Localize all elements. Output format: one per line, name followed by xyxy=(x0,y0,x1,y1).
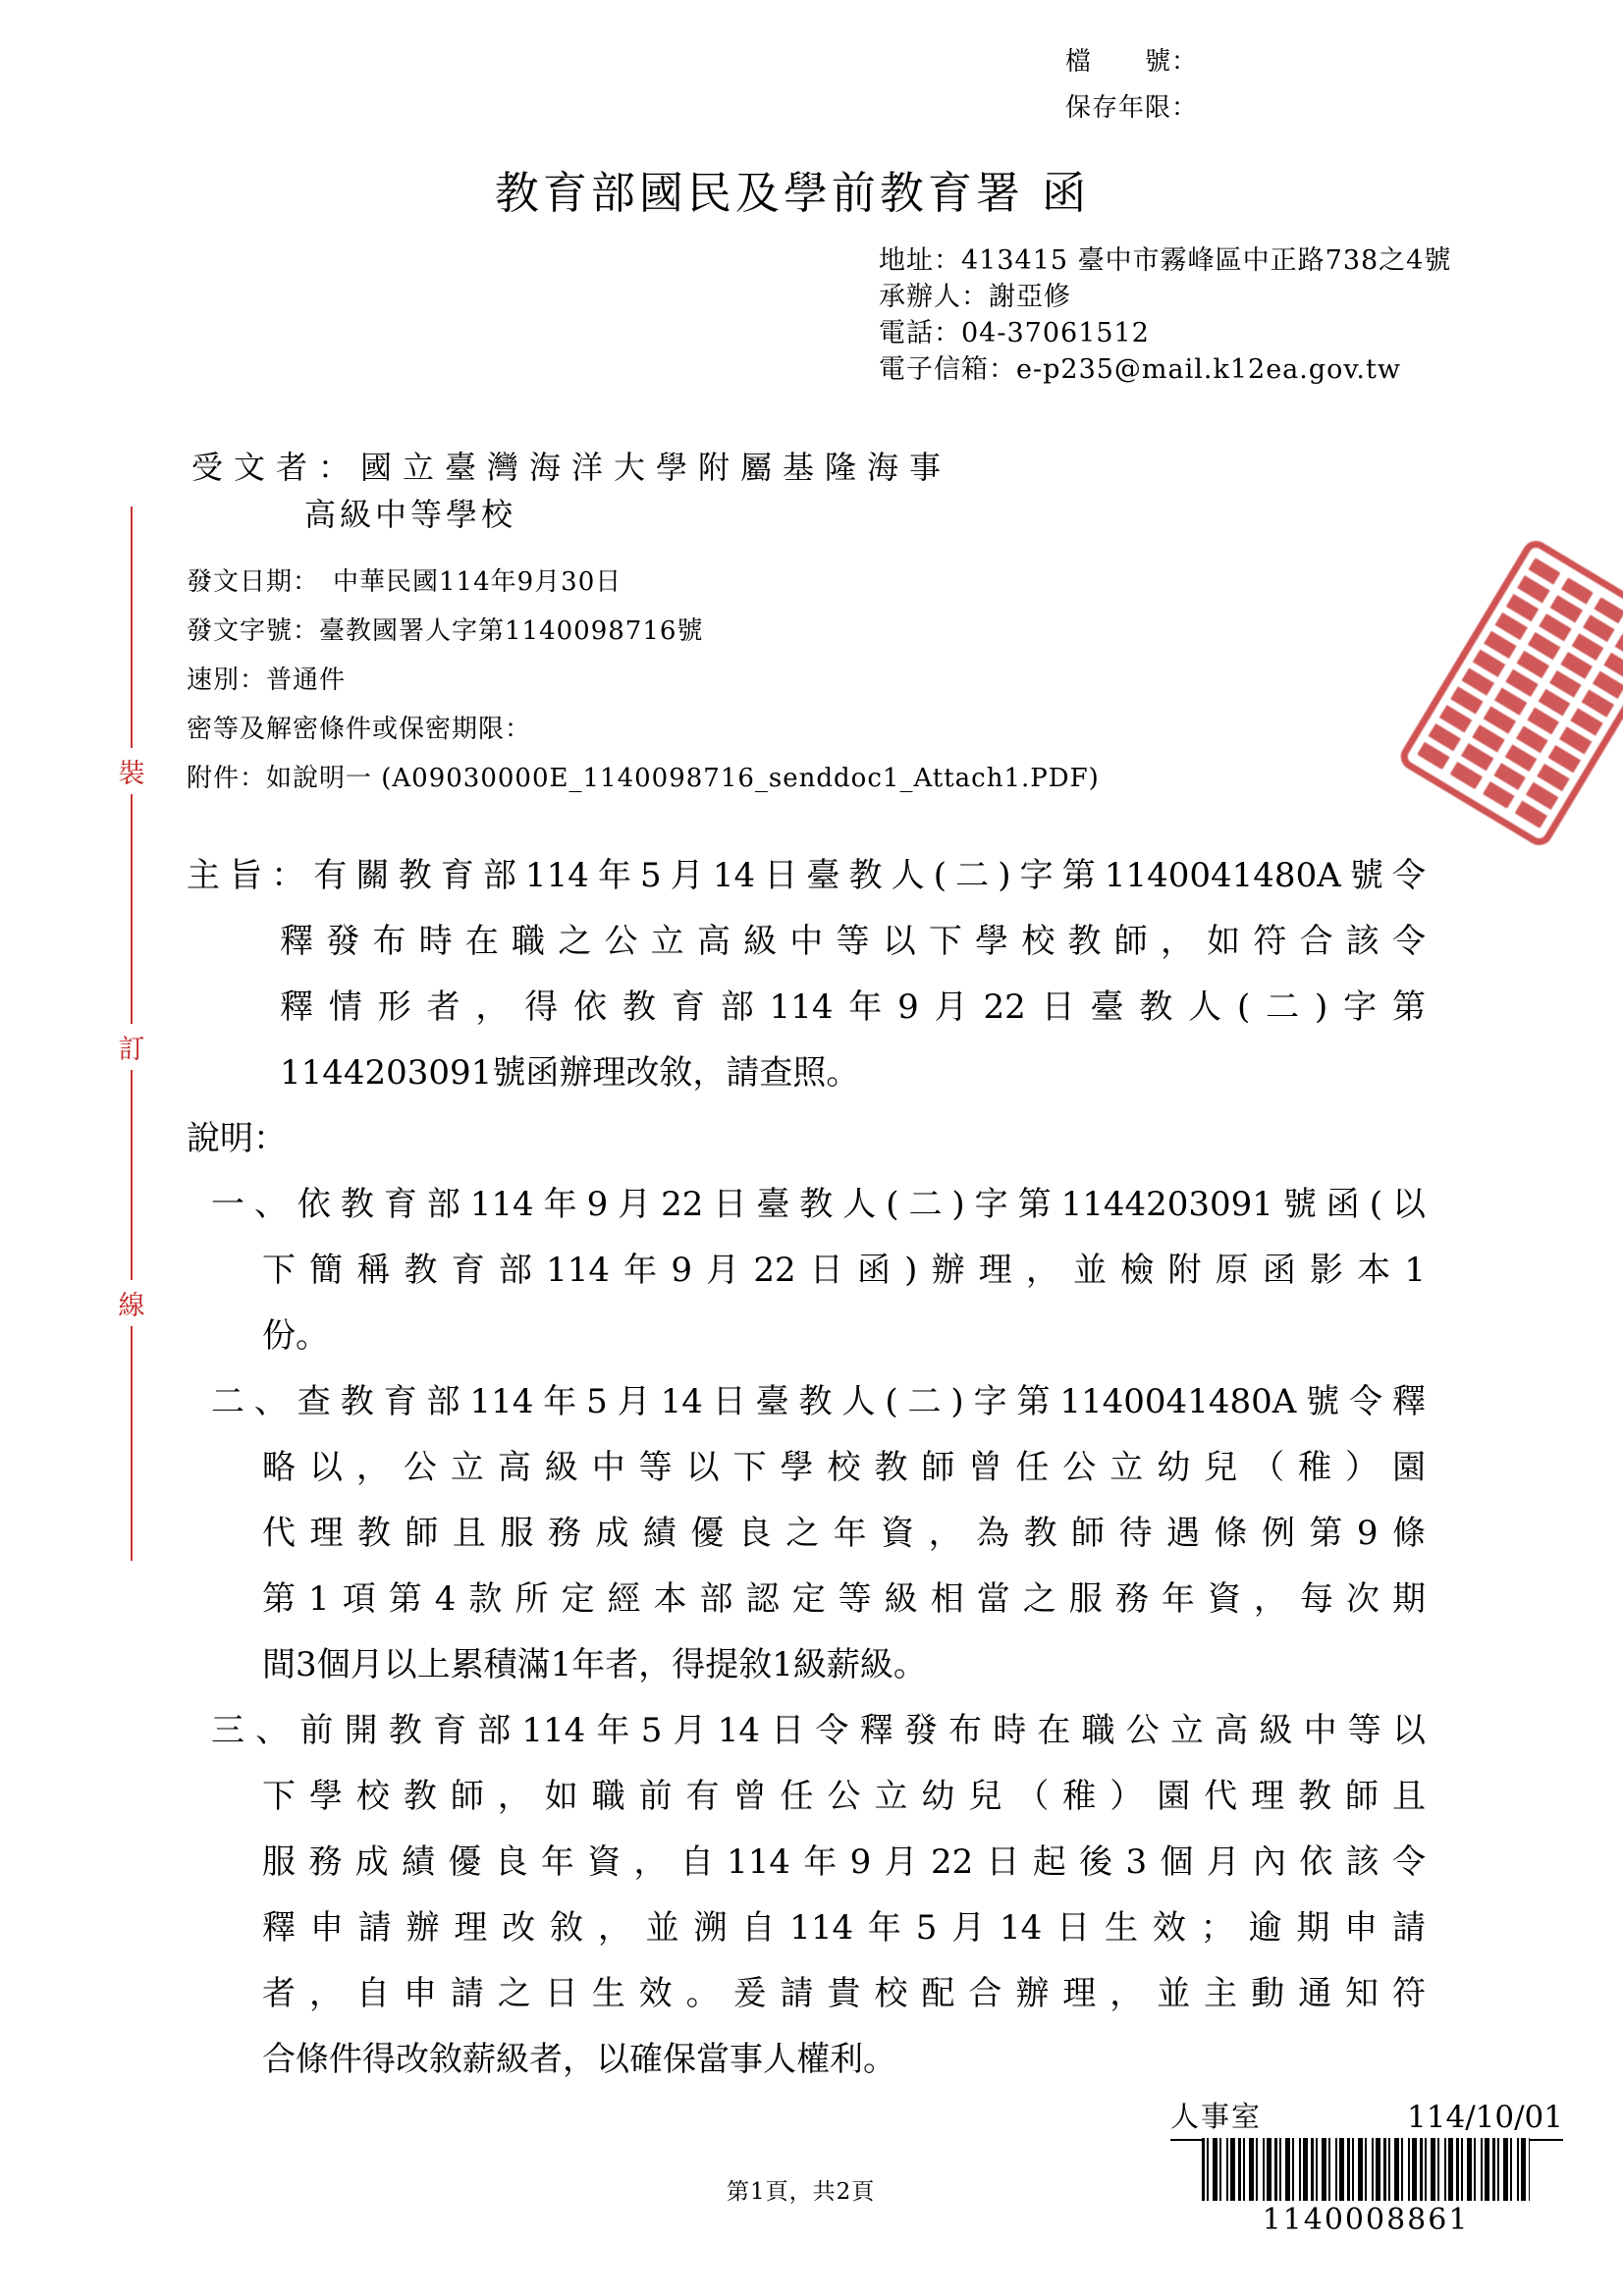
binding-char-zhuang: 裝 xyxy=(117,748,146,794)
explanation-item2-line: 間3個月以上累積滿1年者，得提敘1級薪級。 xyxy=(187,1632,1426,1698)
page-number-info: 第1頁，共2頁 xyxy=(727,2173,875,2206)
explanation-item3-line: 合條件得改敘薪級者，以確保當事人權利。 xyxy=(187,2027,1426,2093)
footer-dept-date-row: 人事室 114/10/01 xyxy=(1170,2095,1563,2141)
file-number-block: 檔 號：保存年限： xyxy=(1065,39,1198,132)
contact-phone: 電話：04-37061512 xyxy=(879,315,1451,351)
barcode-number: 1140008861 xyxy=(1202,2203,1530,2237)
document-body: 主旨：有關教育部114年5月14日臺教人(二)字第1140041480A號令 釋… xyxy=(187,843,1426,2093)
document-meta-block: 發文日期： 中華民國114年9月30日 發文字號：臺教國署人字第11400987… xyxy=(187,558,1100,803)
issue-date: 發文日期： 中華民國114年9月30日 xyxy=(187,558,1100,607)
doc-number: 發文字號：臺教國署人字第1140098716號 xyxy=(187,607,1100,656)
document-barcode xyxy=(1202,2138,1530,2201)
binding-char-xian: 線 xyxy=(117,1280,146,1326)
recipient-line2: 高級中等學校 xyxy=(191,491,951,538)
explanation-item3-line: 服務成績優良年資，自114年9月22日起後3個月內依該令 xyxy=(187,1830,1426,1896)
security-class: 密等及解密條件或保密期限： xyxy=(187,705,1100,754)
agency-address: 地址：413415 臺中市霧峰區中正路738之4號 xyxy=(879,242,1451,279)
speed-class: 速別：普通件 xyxy=(187,656,1100,705)
binding-char-ding: 訂 xyxy=(117,1024,146,1070)
explanation-item3-line: 者，自申請之日生效。爰請貴校配合辦理，並主動通知符 xyxy=(187,1961,1426,2027)
subject-line: 釋發布時在職之公立高級中等以下學校教師，如符合該令 xyxy=(187,909,1426,975)
subject-line: 1144203091號函辦理改敘，請查照。 xyxy=(187,1041,1426,1106)
explanation-item2-line: 第1項第4款所定經本部認定等級相當之服務年資，每次期 xyxy=(187,1567,1426,1632)
recipient-line1: 受文者：國立臺灣海洋大學附屬基隆海事 xyxy=(191,444,951,491)
contact-person: 承辦人：謝亞修 xyxy=(879,279,1451,315)
explanation-heading: 說明： xyxy=(187,1106,1426,1172)
explanation-item2-line: 代理教師且服務成績優良之年資，為教師待遇條例第9條 xyxy=(187,1501,1426,1567)
attachment-note: 附件：如說明一 (A09030000E_1140098716_senddoc1_… xyxy=(187,754,1100,803)
explanation-item2-line: 略以，公立高級中等以下學校教師曾任公立幼兒（稚）園 xyxy=(187,1435,1426,1501)
explanation-item3-line: 釋申請辦理改敘，並溯自114年5月14日生效；逾期申請 xyxy=(187,1896,1426,1961)
file-no-label: 檔 號： xyxy=(1065,39,1198,85)
document-title: 教育部國民及學前教育署 函 xyxy=(0,157,1585,221)
explanation-item1-line: 一、依教育部114年9月22日臺教人(二)字第1144203091號函(以 xyxy=(187,1172,1426,1238)
agency-contact-block: 地址：413415 臺中市霧峰區中正路738之4號 承辦人：謝亞修 電話：04-… xyxy=(879,242,1451,388)
footer-date: 114/10/01 xyxy=(1407,2100,1563,2135)
explanation-item1-line: 下簡稱教育部114年9月22日函)辦理，並檢附原函影本1 xyxy=(187,1238,1426,1304)
recipient-block: 受文者：國立臺灣海洋大學附屬基隆海事 高級中等學校 xyxy=(191,444,951,538)
explanation-item3-line: 三、前開教育部114年5月14日令釋發布時在職公立高級中等以 xyxy=(187,1698,1426,1764)
red-ink-receipt-stamp xyxy=(1396,536,1623,850)
subject-line: 主旨：有關教育部114年5月14日臺教人(二)字第1140041480A號令 xyxy=(187,843,1426,909)
footer-department: 人事室 xyxy=(1170,2095,1262,2135)
contact-email: 電子信箱：e-p235@mail.k12ea.gov.tw xyxy=(879,351,1451,388)
subject-line: 釋情形者，得依教育部114年9月22日臺教人(二)字第 xyxy=(187,975,1426,1041)
official-document-page: 檔 號：保存年限： 教育部國民及學前教育署 函 地址：413415 臺中市霧峰區… xyxy=(0,0,1623,2296)
explanation-item1-line: 份。 xyxy=(187,1304,1426,1369)
explanation-item3-line: 下學校教師，如職前有曾任公立幼兒（稚）園代理教師且 xyxy=(187,1764,1426,1830)
explanation-item2-line: 二、查教育部114年5月14日臺教人(二)字第1140041480A號令釋 xyxy=(187,1369,1426,1435)
retention-label: 保存年限： xyxy=(1065,85,1198,132)
